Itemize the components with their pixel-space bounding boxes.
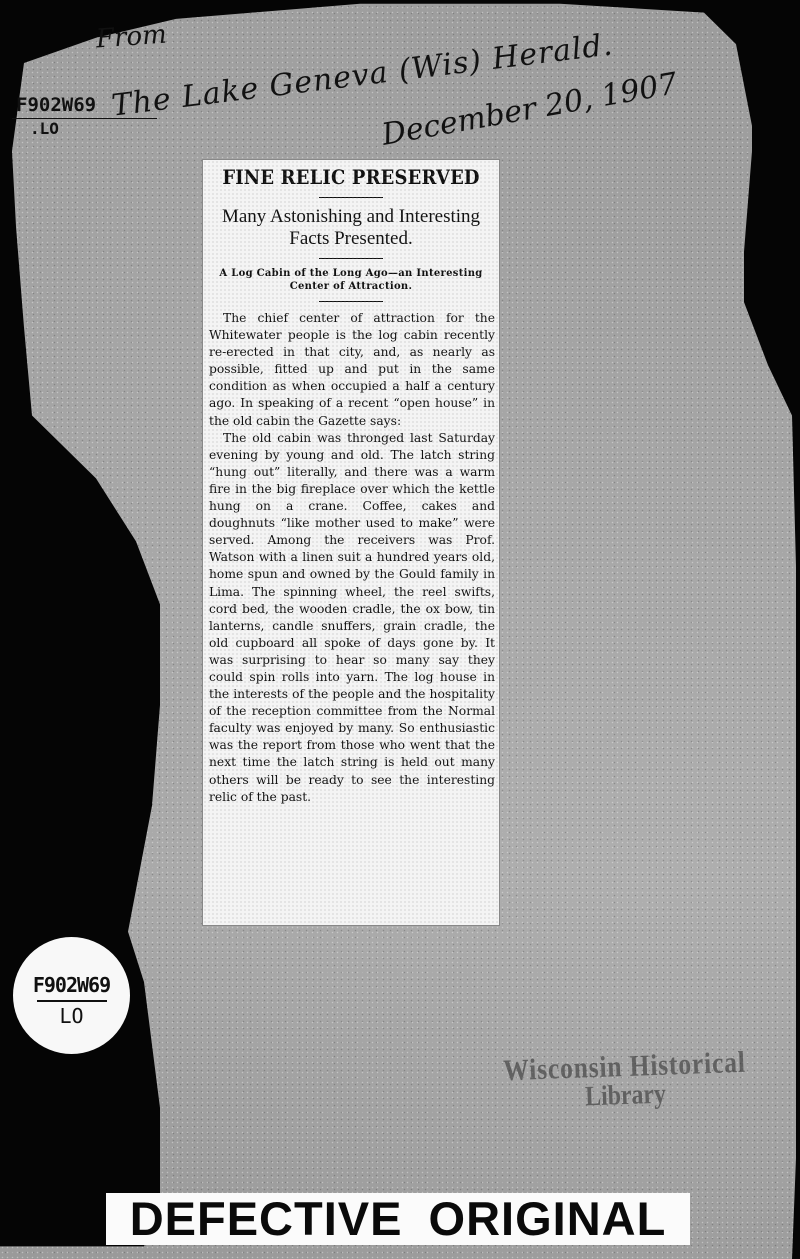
paragraph: The chief center of attraction for the W… [209,310,495,430]
circle-label-line2: LO [13,1004,130,1028]
paragraph: The old cabin was thronged last Saturday… [209,430,495,806]
divider-rule [319,301,383,302]
call-number-top-line2: .LO [12,119,157,138]
circle-call-number-label: F902W69 LO [13,937,130,1054]
newspaper-clipping: FINE RELIC PRESERVED Many Astonishing an… [203,160,499,925]
clipping-body: The chief center of attraction for the W… [203,310,499,806]
call-number-top-line1: F902W69 [12,94,157,119]
circle-label-divider [37,1000,107,1002]
divider-rule [319,197,383,198]
defective-original-banner: DEFECTIVE ORIGINAL [106,1193,690,1245]
circle-label-line1: F902W69 [13,973,130,997]
clipping-headline: FINE RELIC PRESERVED [215,166,487,189]
library-stamp: Wisconsin Historical Library [474,1045,776,1117]
clipping-subhead: Many Astonishing and Interesting Facts P… [203,206,499,250]
clipping-deck: A Log Cabin of the Long Ago—an Interesti… [203,267,499,293]
call-number-top: F902W69 .LO [12,94,157,138]
handwritten-from: From [95,20,168,55]
divider-rule [319,258,383,259]
